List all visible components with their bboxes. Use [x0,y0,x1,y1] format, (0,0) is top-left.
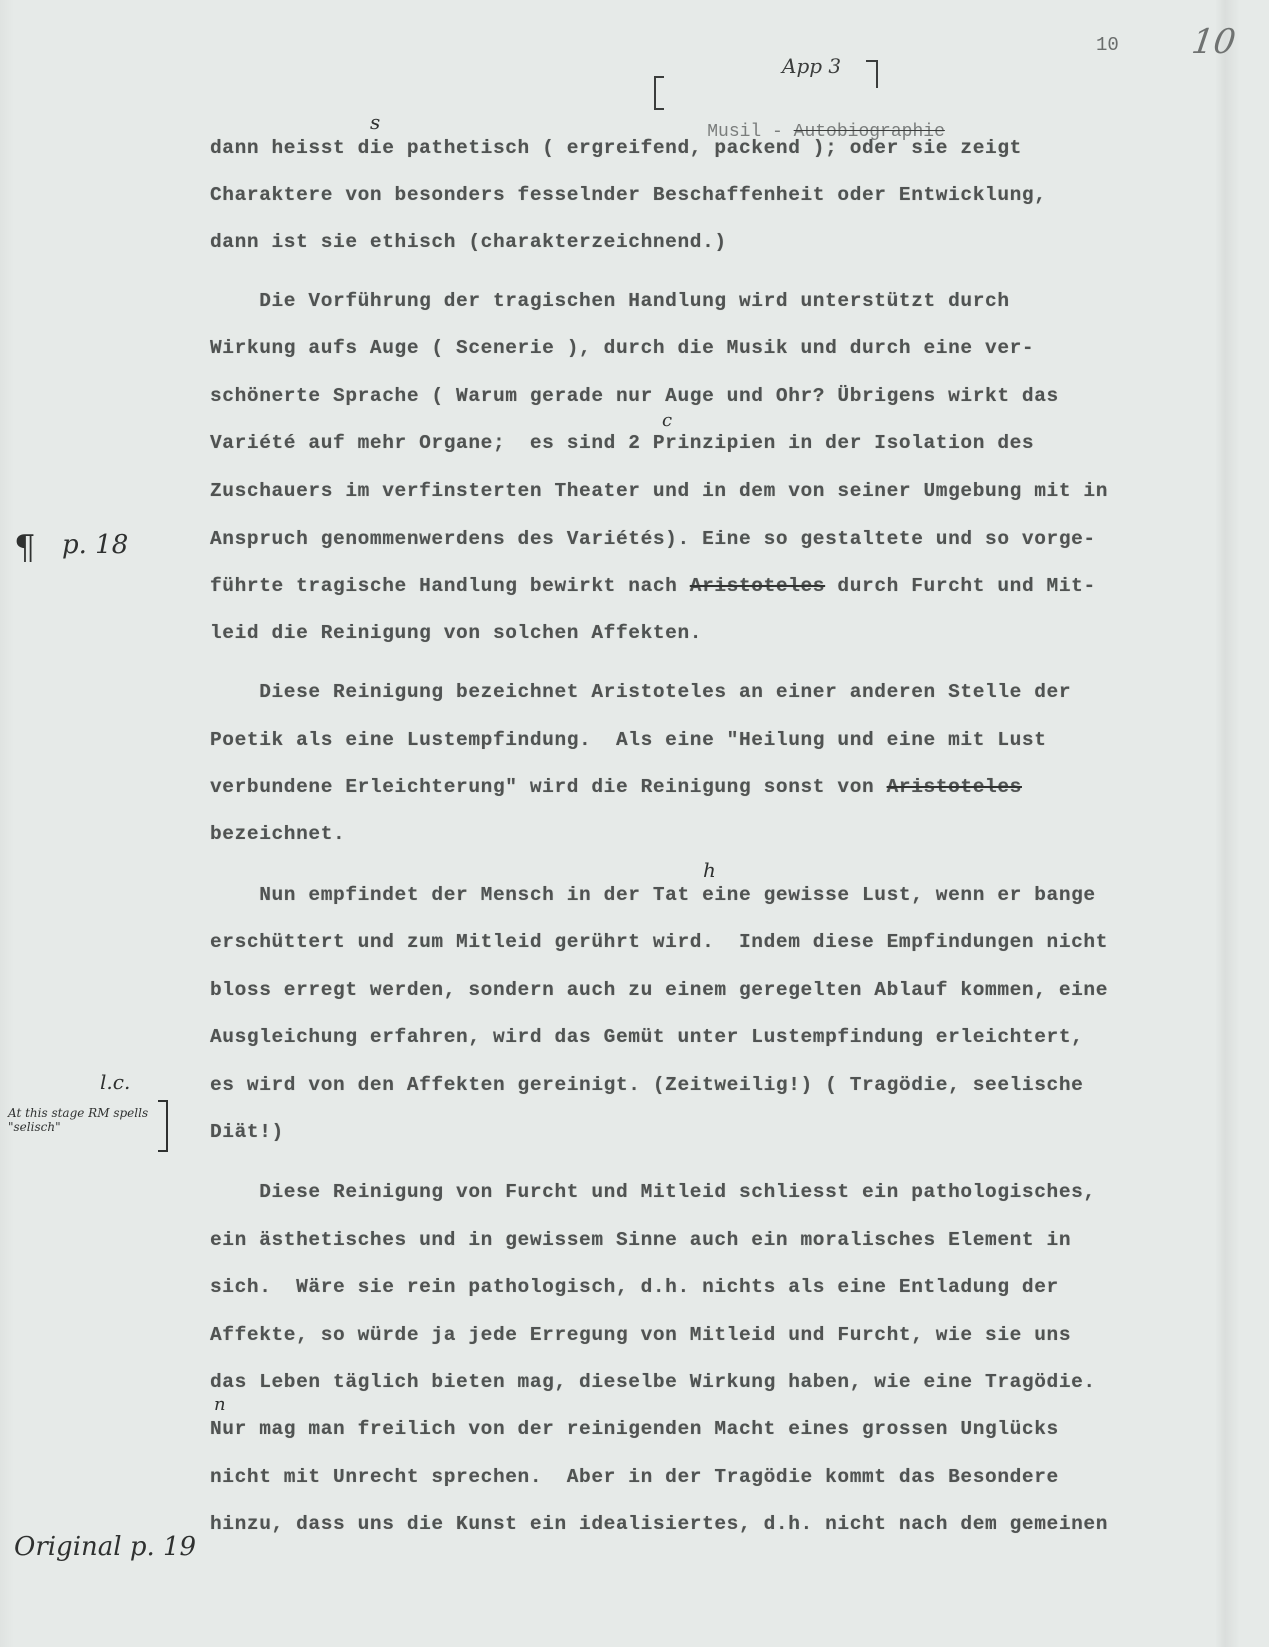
typed-page-number: 10 [1096,34,1119,56]
text-line: dann ist sie ethisch (charakterzeichnend… [210,231,727,253]
text-line: sich. Wäre sie rein pathologisch, d.h. n… [210,1276,1059,1298]
text-line: schönerte Sprache ( Warum gerade nur Aug… [210,385,1059,407]
text-line: ein ästhetisches und in gewissem Sinne a… [210,1229,1071,1251]
text-line: erschüttert und zum Mitleid gerührt wird… [210,931,1108,953]
margin-note-p19: Original p. 19 [14,1532,196,1562]
margin-note-spelling: At this stage RM spells "selisch" [8,1106,158,1134]
margin-paragraph-mark-icon: ¶ [14,528,36,568]
handwritten-insert-s: s [370,110,380,134]
text-segment: verbundene Erleichterung" wird die Reini… [210,776,887,798]
text-line: das Leben täglich bieten mag, dieselbe W… [210,1371,1096,1393]
text-segment: durch Furcht und Mit- [825,575,1096,597]
text-line: leid die Reinigung von solchen Affekten. [210,622,702,644]
header-bracket-left [654,76,664,110]
text-line: Wirkung aufs Auge ( Scenerie ), durch di… [210,337,1034,359]
handwritten-insert-n: n [214,1394,226,1415]
text-line: Affekte, so würde ja jede Erregung von M… [210,1324,1071,1346]
text-line: verbundene Erleichterung" wird die Reini… [210,776,1022,798]
text-line: dann heisst die pathetisch ( ergreifend,… [210,137,1022,159]
text-line: Nur mag man freilich von der reinigenden… [210,1418,1059,1440]
text-segment: führte tragische Handlung bewirkt nach [210,575,690,597]
handwritten-insert-h: h [703,858,716,882]
margin-note-p18: p. 18 [62,530,128,560]
handwritten-insert-c: c [662,410,672,431]
margin-note-bracket [158,1100,168,1152]
text-line: Die Vorführung der tragischen Handlung w… [210,290,1010,312]
text-line: Anspruch genommenwerdens des Variétés). … [210,528,1096,550]
text-line: Diät!) [210,1121,284,1143]
text-line: Poetik als eine Lustempfindung. Als eine… [210,729,1047,751]
struck-word: Aristoteles [690,575,825,597]
text-line: Ausgleichung erfahren, wird das Gemüt un… [210,1026,1083,1048]
scanned-typescript-page: 10 10 Musil - Autobiographie App 3 dann … [0,0,1269,1647]
text-line: nicht mit Unrecht sprechen. Aber in der … [210,1466,1059,1488]
text-line: führte tragische Handlung bewirkt nach A… [210,575,1096,597]
text-line: Diese Reinigung bezeichnet Aristoteles a… [210,681,1071,703]
text-line: Variété auf mehr Organe; es sind 2 Prinz… [210,432,1034,454]
text-line: Diese Reinigung von Furcht und Mitleid s… [210,1181,1096,1203]
struck-word: Aristoteles [887,776,1022,798]
header-bracket-right [866,60,878,88]
text-line: bezeichnet. [210,823,345,845]
text-line: Charaktere von besonders fesselnder Besc… [210,184,1047,206]
text-line: es wird von den Affekten gereinigt. (Zei… [210,1074,1083,1096]
text-line: Zuschauers im verfinsterten Theater und … [210,480,1108,502]
text-line: Nun empfindet der Mensch in der Tat eine… [210,884,1096,906]
margin-note-lc: l.c. [100,1070,130,1094]
header-handwritten-insert: App 3 [782,54,841,78]
text-line: bloss erregt werden, sondern auch zu ein… [210,979,1108,1001]
text-line: hinzu, dass uns die Kunst ein idealisier… [210,1513,1108,1535]
handwritten-page-number: 10 [1189,22,1238,62]
